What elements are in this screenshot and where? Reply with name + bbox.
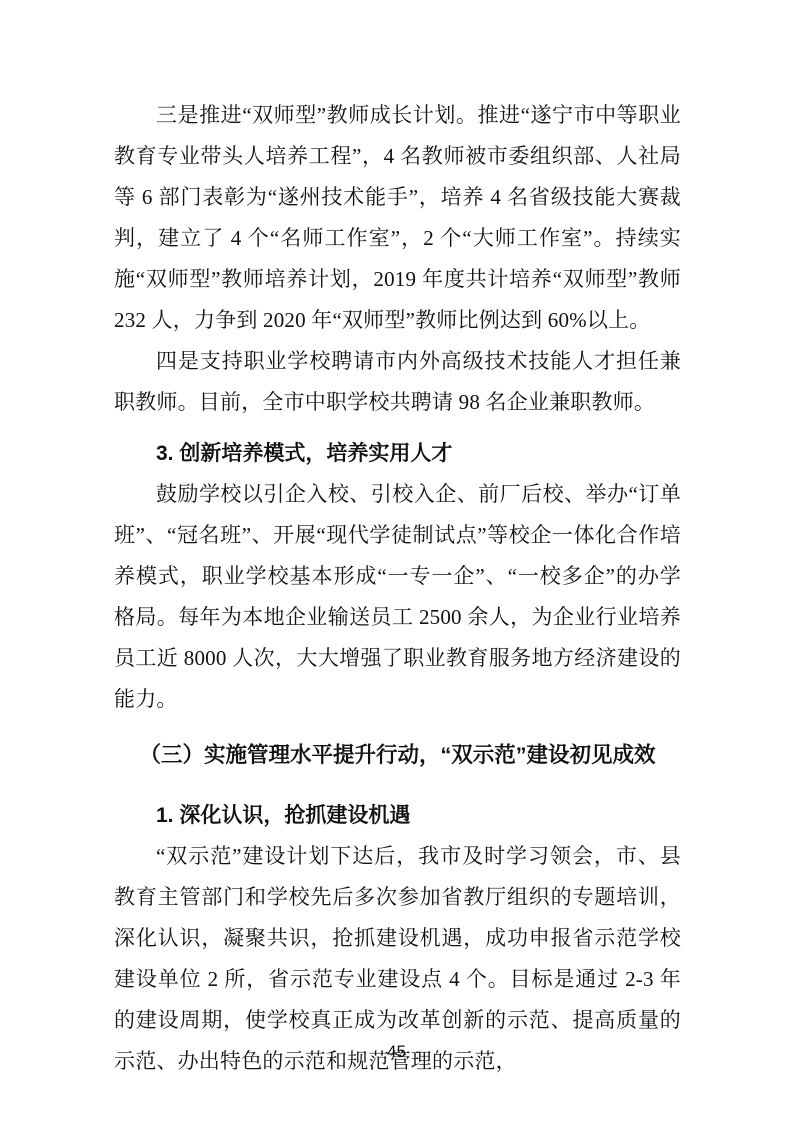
subheading-training-model: 3. 创新培养模式，培养实用人才 <box>114 433 681 474</box>
paragraph-part-time-teachers: 四是支持职业学校聘请市内外高级技术技能人才担任兼职教师。目前，全市中职学校共聘请… <box>114 341 681 423</box>
document-content: 三是推进“双师型”教师成长计划。推进“遂宁市中等职业教育专业带头人培养工程”，4… <box>114 95 681 1082</box>
document-page: 三是推进“双师型”教师成长计划。推进“遂宁市中等职业教育专业带头人培养工程”，4… <box>0 0 793 1122</box>
subheading-deepen-understanding: 1. 深化认识，抢抓建设机遇 <box>114 795 681 836</box>
paragraph-school-enterprise-cooperation: 鼓励学校以引企入校、引校入企、前厂后校、举办“订单班”、“冠名班”、开展“现代学… <box>114 474 681 720</box>
section-heading-management-improvement: （三）实施管理水平提升行动，“双示范”建设初见成效 <box>114 735 681 776</box>
paragraph-teacher-growth-plan: 三是推进“双师型”教师成长计划。推进“遂宁市中等职业教育专业带头人培养工程”，4… <box>114 95 681 341</box>
page-number: 45 <box>0 1042 793 1062</box>
